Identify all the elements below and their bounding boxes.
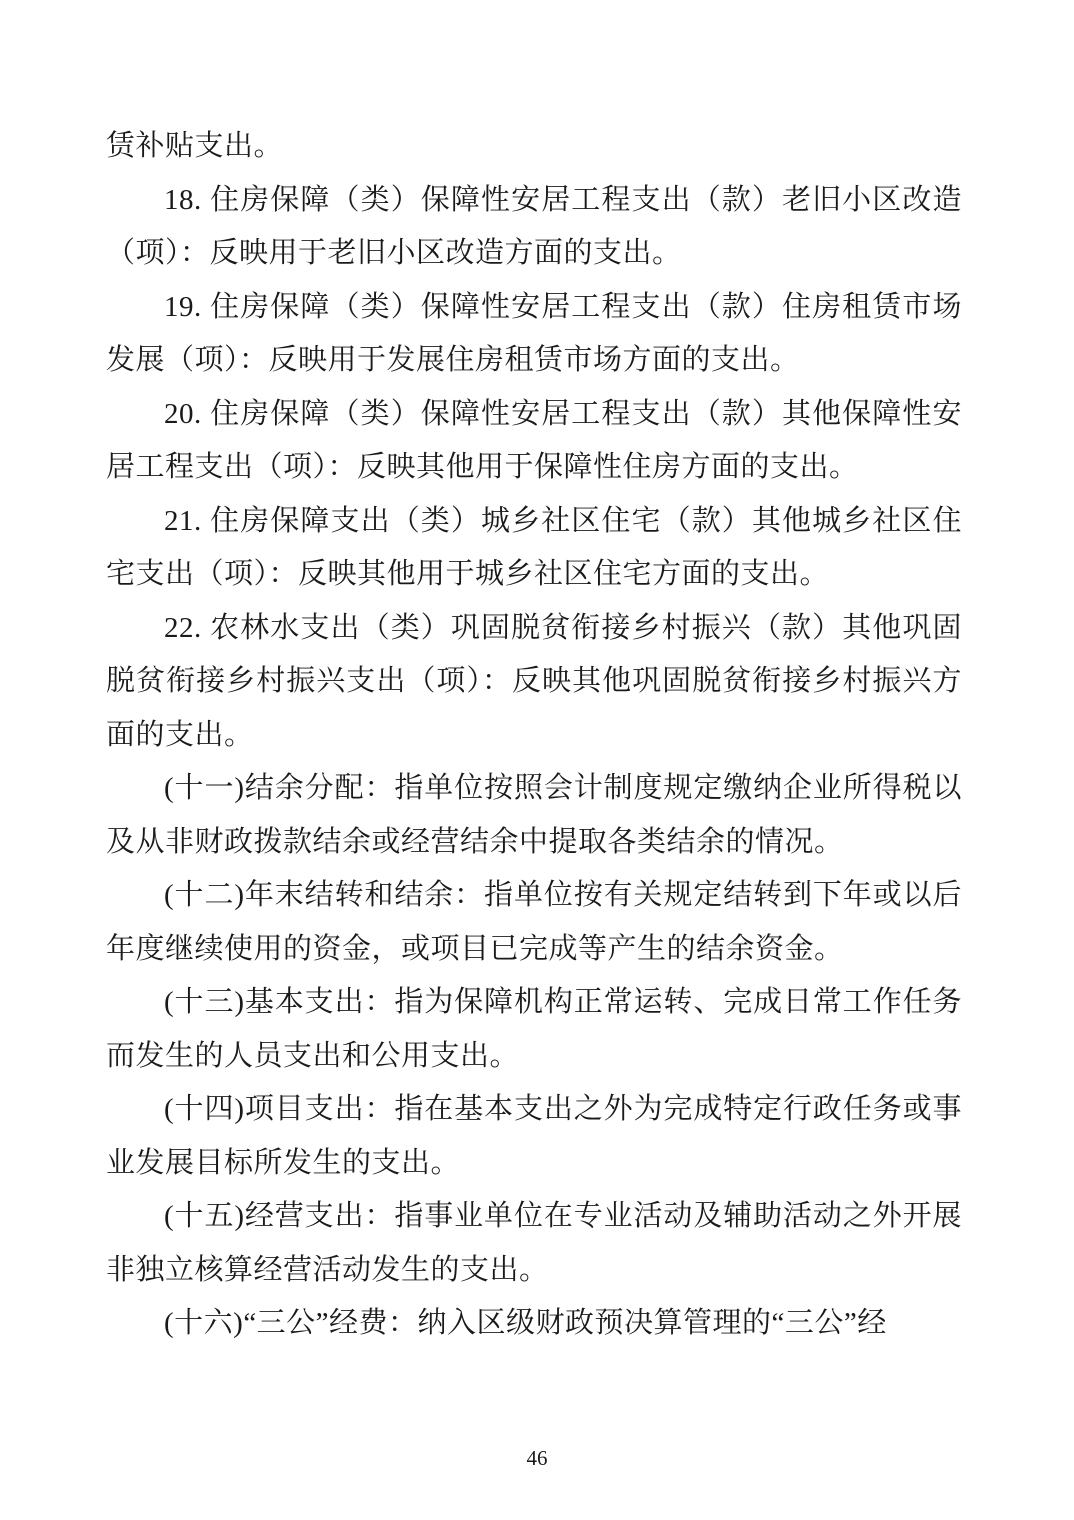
paragraph-def-11: (十一)结余分配：指单位按照会计制度规定缴纳企业所得税以及从非财政拨款结余或经营… bbox=[106, 762, 962, 869]
paragraph-item-19: 19. 住房保障（类）保障性安居工程支出（款）住房租赁市场发展（项）：反映用于发… bbox=[106, 281, 962, 388]
page-number: 46 bbox=[0, 1446, 1074, 1470]
paragraph-item-18: 18. 住房保障（类）保障性安居工程支出（款）老旧小区改造（项）：反映用于老旧小… bbox=[106, 174, 962, 281]
paragraph-item-20: 20. 住房保障（类）保障性安居工程支出（款）其他保障性安居工程支出（项）：反映… bbox=[106, 388, 962, 495]
paragraph-def-14: (十四)项目支出：指在基本支出之外为完成特定行政任务或事业发展目标所发生的支出。 bbox=[106, 1083, 962, 1190]
paragraph-def-13: (十三)基本支出：指为保障机构正常运转、完成日常工作任务而发生的人员支出和公用支… bbox=[106, 976, 962, 1083]
document-body: 赁补贴支出。 18. 住房保障（类）保障性安居工程支出（款）老旧小区改造（项）：… bbox=[106, 120, 962, 1351]
paragraph-item-22: 22. 农林水支出（类）巩固脱贫衔接乡村振兴（款）其他巩固脱贫衔接乡村振兴支出（… bbox=[106, 602, 962, 763]
paragraph-def-15: (十五)经营支出：指事业单位在专业活动及辅助活动之外开展非独立核算经营活动发生的… bbox=[106, 1190, 962, 1297]
paragraph-def-16: (十六)“三公”经费：纳入区级财政预决算管理的“三公”经 bbox=[106, 1297, 962, 1351]
paragraph-continuation: 赁补贴支出。 bbox=[106, 120, 962, 174]
paragraph-item-21: 21. 住房保障支出（类）城乡社区住宅（款）其他城乡社区住宅支出（项）：反映其他… bbox=[106, 495, 962, 602]
paragraph-def-12: (十二)年末结转和结余：指单位按有关规定结转到下年或以后年度继续使用的资金，或项… bbox=[106, 869, 962, 976]
document-page: 赁补贴支出。 18. 住房保障（类）保障性安居工程支出（款）老旧小区改造（项）：… bbox=[0, 0, 1074, 1520]
